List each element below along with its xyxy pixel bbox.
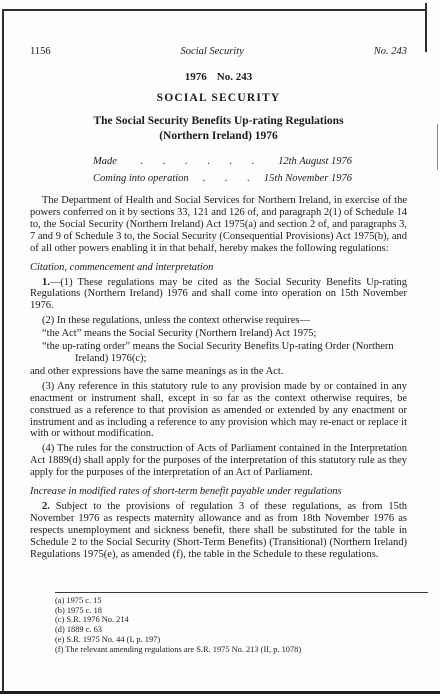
regulation-1-1: 1.—(1) These regulations may be cited as… xyxy=(30,277,407,313)
commencement-date: 15th November 1976 xyxy=(264,170,352,187)
made-date: 12th August 1976 xyxy=(278,153,352,170)
document-title: The Social Security Benefits Up-rating R… xyxy=(30,114,407,143)
made-label: Made xyxy=(93,153,117,170)
preamble-paragraph: The Department of Health and Social Serv… xyxy=(30,195,407,255)
document-title-line2: (Northern Ireland) 1976 xyxy=(30,129,407,144)
meta-dates: Made . . . . . . 12th August 1976 Coming… xyxy=(93,153,352,187)
regulation-1-4: (4) The rules for the construction of Ac… xyxy=(30,443,407,479)
other-expressions-clause: and other expressions have the same mean… xyxy=(30,366,407,378)
regulation-2: 2. Subject to the provisions of regulati… xyxy=(30,501,407,561)
document-title-line1: The Social Security Benefits Up-rating R… xyxy=(30,114,407,129)
made-date-row: Made . . . . . . 12th August 1976 xyxy=(93,153,352,170)
footnote-b: (b) 1975 c. 18 xyxy=(55,606,428,616)
page-content: 1156 Social Security No. 243 1976No. 243… xyxy=(30,46,407,561)
regulation-2-number: 2. xyxy=(42,501,50,512)
regulation-1-number: 1. xyxy=(42,277,50,288)
running-header: 1156 Social Security No. 243 xyxy=(30,46,407,58)
commencement-date-row: Coming into operation . . . 15th Novembe… xyxy=(93,170,352,187)
footnote-e: (e) S.R. 1975 No. 44 (I, p. 197) xyxy=(55,635,428,645)
dot-leader: . . . . . . xyxy=(117,153,278,170)
definition-uprating-order: “the up-rating order” means the Social S… xyxy=(75,341,407,365)
page-border-top xyxy=(2,9,427,11)
page-border-bottom xyxy=(0,691,440,694)
commencement-label: Coming into operation xyxy=(93,170,189,187)
regulation-2-text: Subject to the provisions of regulation … xyxy=(30,501,407,560)
footnote-a: (a) 1975 c. 15 xyxy=(55,596,428,606)
instrument-year: 1976 xyxy=(185,71,207,83)
instrument-no: No. 243 xyxy=(217,71,252,83)
instrument-number: 1976No. 243 xyxy=(30,71,407,84)
regulation-1-2: (2) In these regulations, unless the con… xyxy=(30,315,407,327)
subject-heading: SOCIAL SECURITY xyxy=(30,92,407,105)
document-page: 1156 Social Security No. 243 1976No. 243… xyxy=(0,0,440,696)
heading-citation: Citation, commencement and interpretatio… xyxy=(30,262,407,274)
running-issue-number: No. 243 xyxy=(374,46,407,58)
regulation-1-3: (3) Any reference in this statutory rule… xyxy=(30,381,407,441)
footnote-d: (d) 1889 c. 63 xyxy=(55,625,428,635)
page-border-right-segment xyxy=(425,3,427,52)
footnote-c: (c) S.R. 1976 No. 214 xyxy=(55,615,428,625)
footnotes-block: (a) 1975 c. 15 (b) 1975 c. 18 (c) S.R. 1… xyxy=(55,592,428,654)
page-number: 1156 xyxy=(30,46,51,58)
footnote-f: (f) The relevant amending regulations ar… xyxy=(55,645,428,655)
heading-increase-rates: Increase in modified rates of short-term… xyxy=(30,486,407,498)
definition-the-act: “the Act” means the Social Security (Nor… xyxy=(30,328,407,340)
dot-leader: . . . xyxy=(189,170,264,187)
running-title: Social Security xyxy=(181,46,244,58)
regulation-1-1-text: —(1) These regulations may be cited as t… xyxy=(30,277,407,312)
page-border-left xyxy=(2,9,4,691)
page-border-right-artifact xyxy=(437,124,438,170)
